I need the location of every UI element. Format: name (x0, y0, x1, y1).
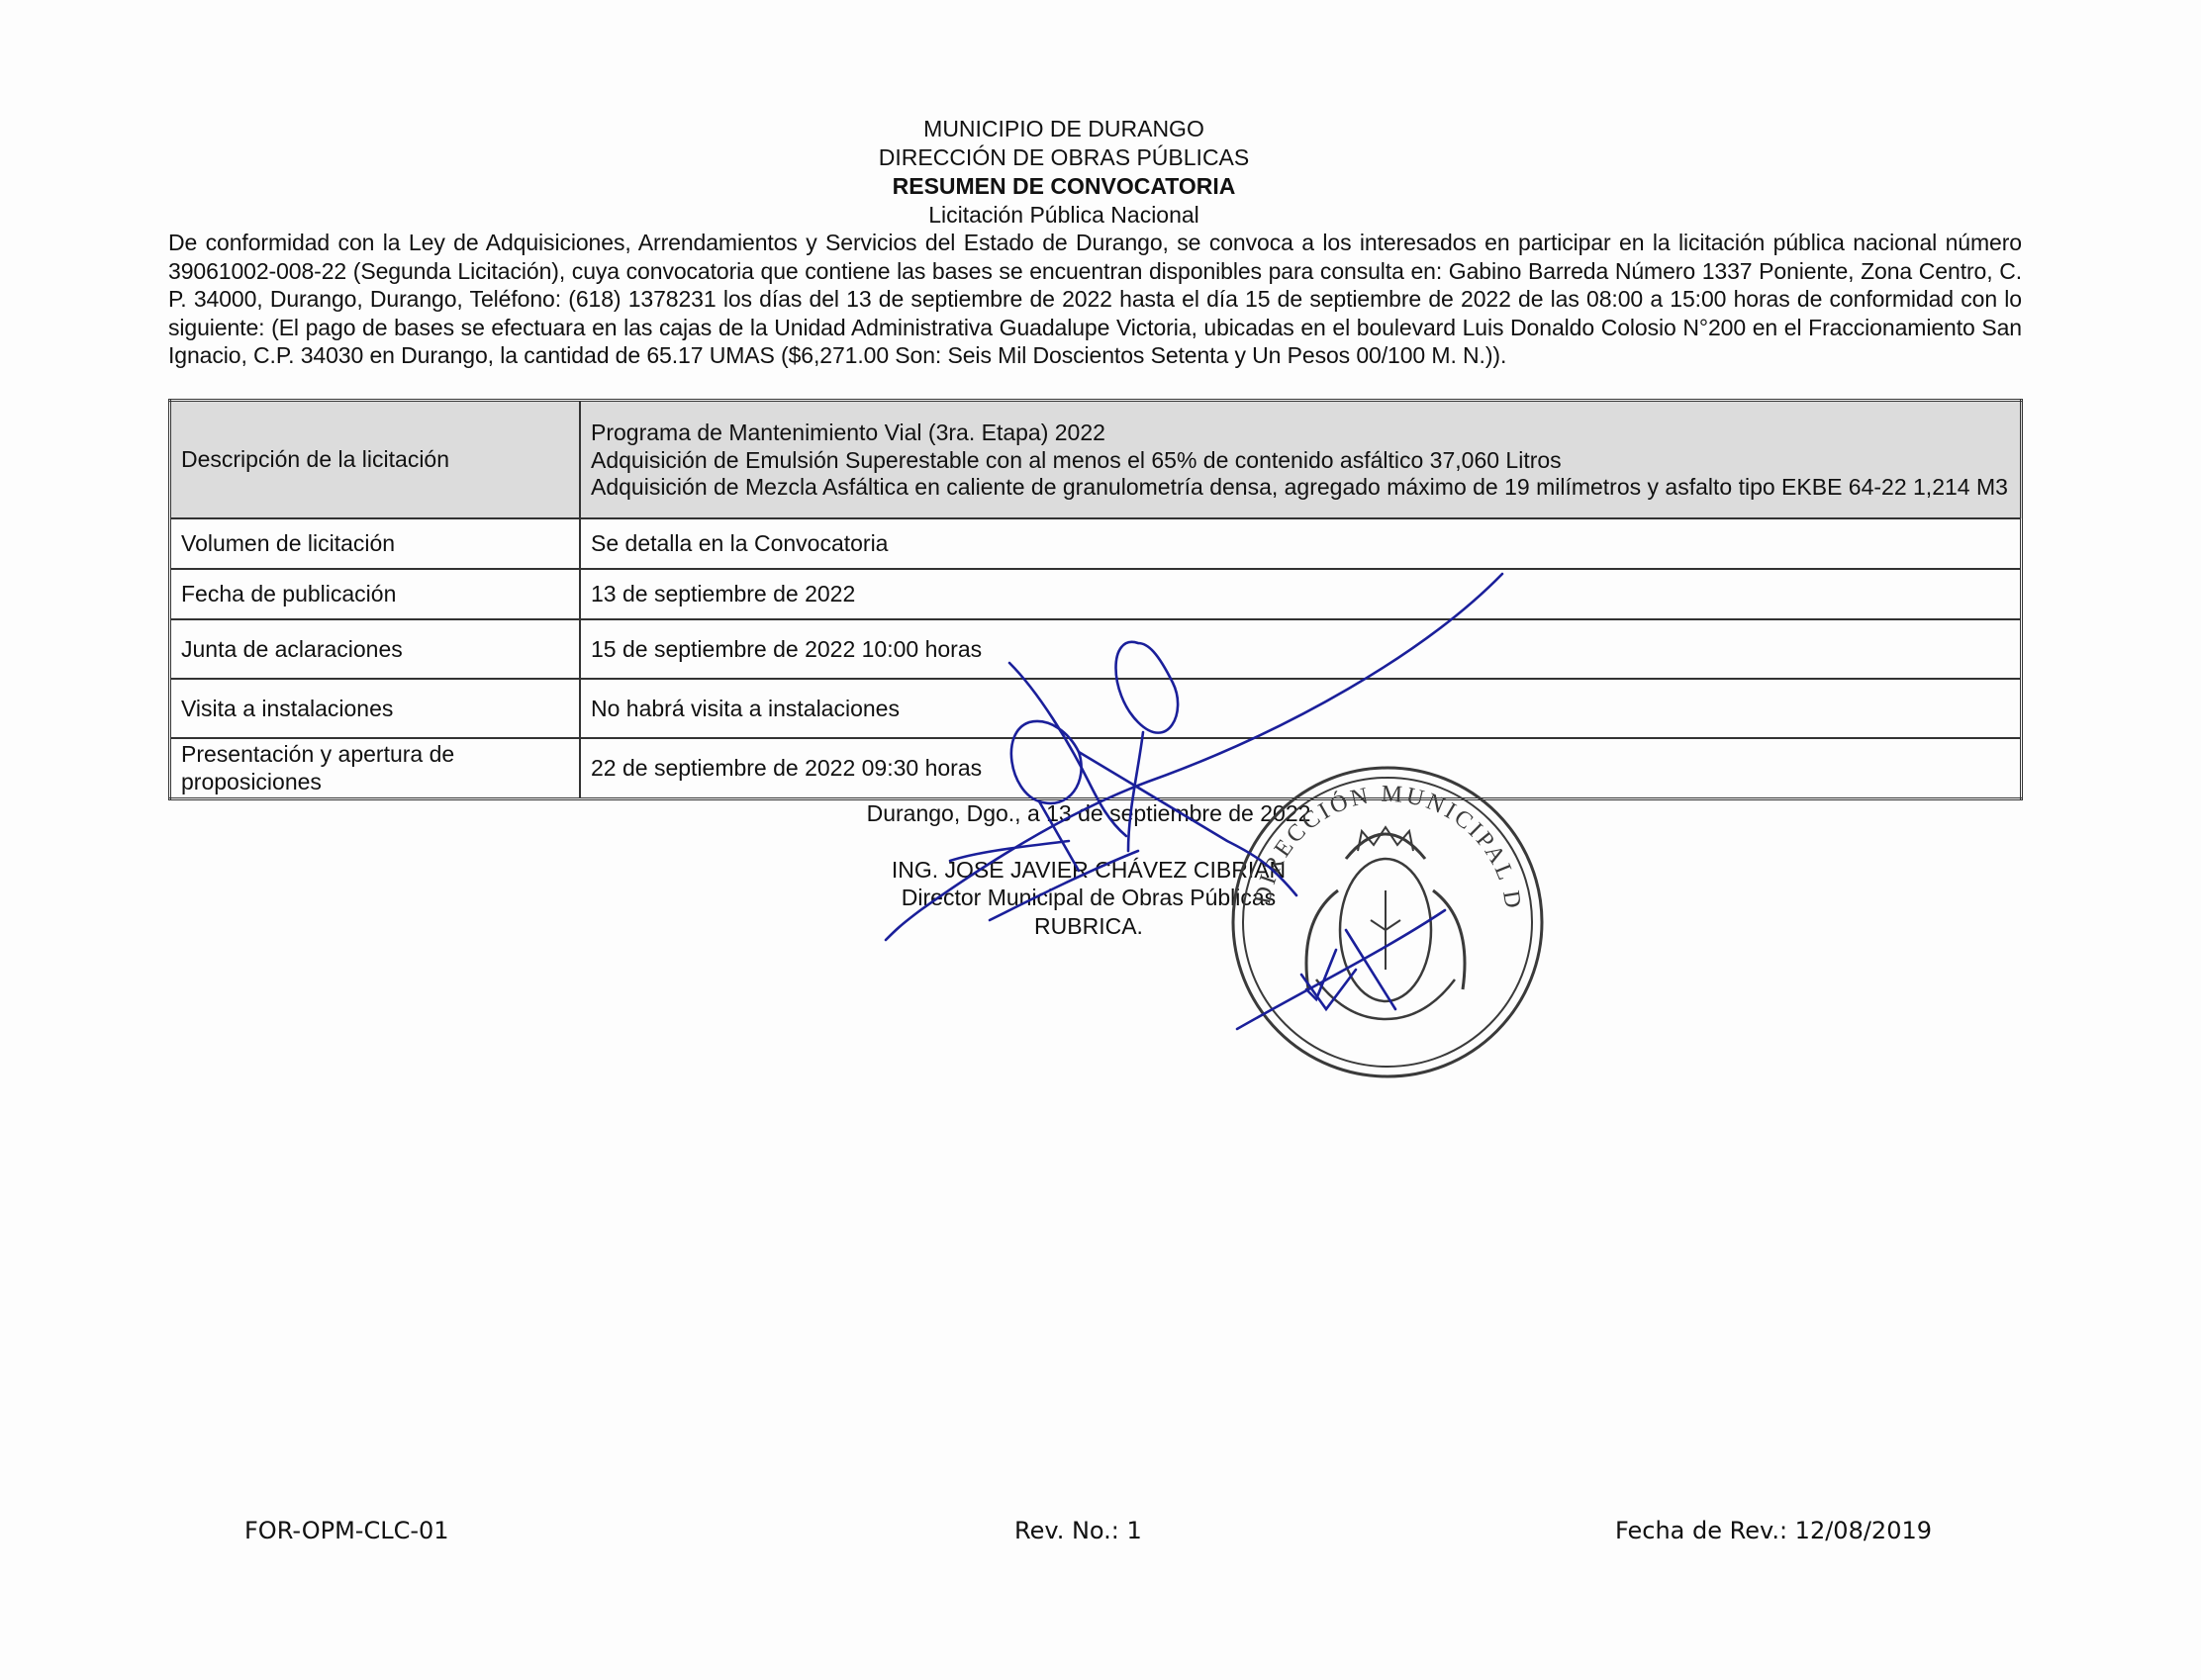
table-row: Volumen de licitación Se detalla en la C… (170, 518, 2022, 569)
row-value: Se detalla en la Convocatoria (580, 518, 2022, 569)
row-label: Junta de aclaraciones (170, 619, 581, 679)
row-label: Volumen de licitación (170, 518, 581, 569)
description-line: Adquisición de Emulsión Superestable con… (591, 446, 2010, 474)
table-row: Descripción de la licitación Programa de… (170, 401, 2022, 518)
header-department: DIRECCIÓN DE OBRAS PÚBLICAS (0, 143, 2128, 171)
summary-table: Descripción de la licitación Programa de… (168, 399, 2023, 800)
signature-note: RUBRICA. (0, 912, 2177, 941)
form-code: FOR-OPM-CLC-01 (244, 1517, 449, 1544)
row-label: Fecha de publicación (170, 569, 581, 619)
row-value: 15 de septiembre de 2022 10:00 horas (580, 619, 2022, 679)
table-row: Junta de aclaraciones 15 de septiembre d… (170, 619, 2022, 679)
document-title: RESUMEN DE CONVOCATORIA (0, 172, 2128, 200)
document-subtitle: Licitación Pública Nacional (0, 201, 2128, 229)
revision-number: Rev. No.: 1 (1014, 1517, 1142, 1544)
document-page: MUNICIPIO DE DURANGO DIRECCIÓN DE OBRAS … (0, 0, 2201, 1680)
revision-date: Fecha de Rev.: 12/08/2019 (1615, 1517, 1932, 1544)
description-line: Programa de Mantenimiento Vial (3ra. Eta… (591, 419, 2010, 446)
row-value: No habrá visita a instalaciones (580, 679, 2022, 738)
signer-title: Director Municipal de Obras Públicas (0, 884, 2177, 912)
table-row: Presentación y apertura de proposiciones… (170, 738, 2022, 799)
description-line: Adquisición de Mezcla Asfáltica en calie… (591, 474, 2010, 501)
signer-name: ING. JOSÉ JAVIER CHÁVEZ CIBRIAN (0, 856, 2177, 885)
row-value: 13 de septiembre de 2022 (580, 569, 2022, 619)
table-row: Visita a instalaciones No habrá visita a… (170, 679, 2022, 738)
row-label: Presentación y apertura de proposiciones (170, 738, 581, 799)
row-value: Programa de Mantenimiento Vial (3ra. Eta… (580, 401, 2022, 518)
header-municipality: MUNICIPIO DE DURANGO (0, 115, 2128, 142)
row-label: Visita a instalaciones (170, 679, 581, 738)
place-date: Durango, Dgo., a 13 de septiembre de 202… (0, 799, 2177, 828)
table-row: Fecha de publicación 13 de septiembre de… (170, 569, 2022, 619)
row-label: Descripción de la licitación (170, 401, 581, 518)
row-value: 22 de septiembre de 2022 09:30 horas (580, 738, 2022, 799)
intro-paragraph: De conformidad con la Ley de Adquisicion… (168, 229, 2022, 370)
